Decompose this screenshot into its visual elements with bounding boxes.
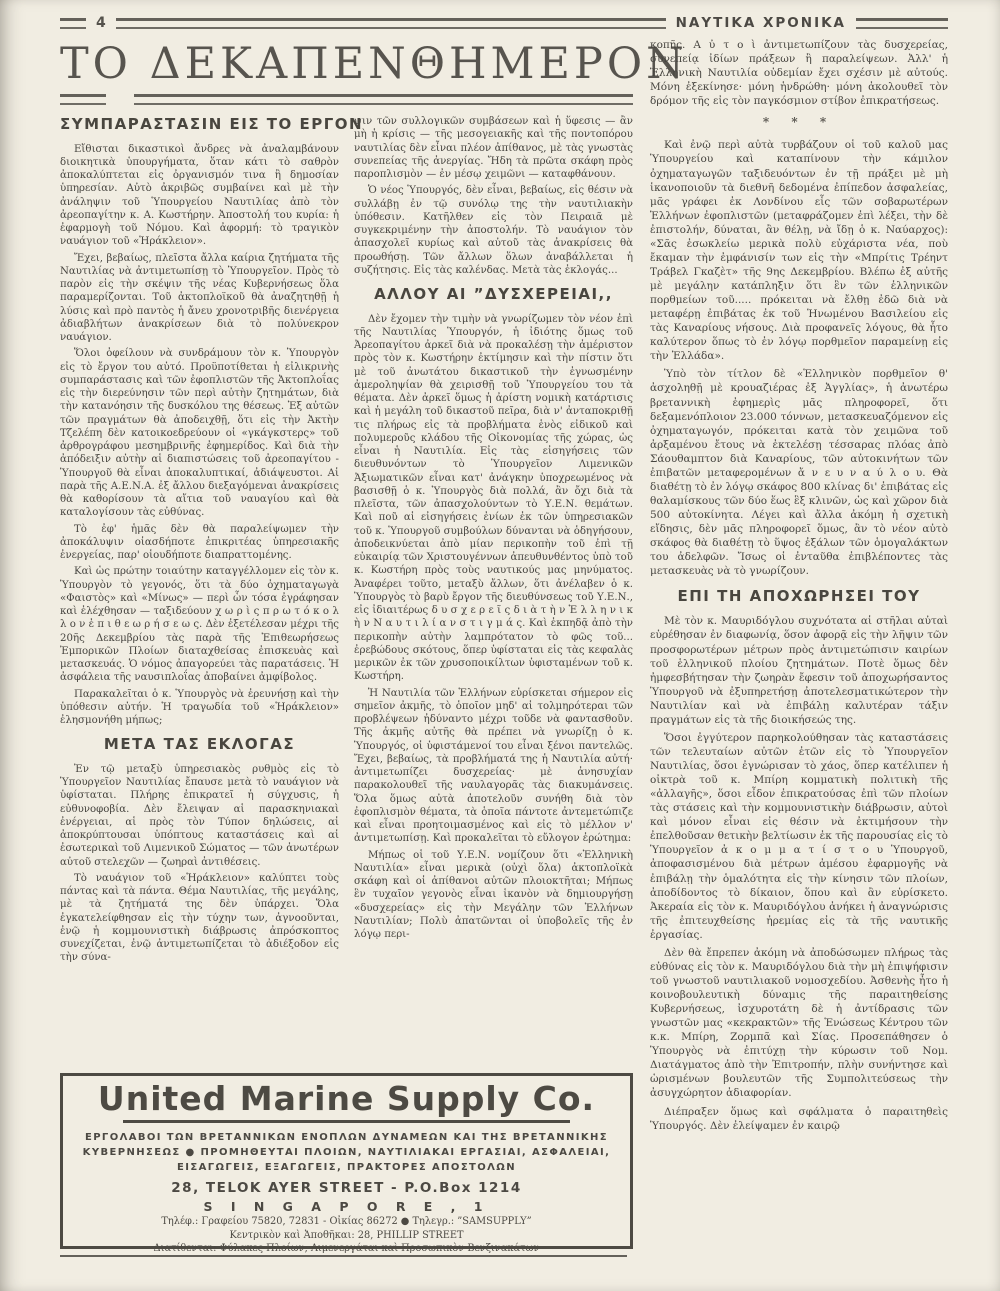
ad-central-warehouse: Κεντρικὸν καὶ Ἀποθῆκαι: 28, PHILLIP STRE… (71, 1230, 622, 1241)
ad-phones: Τηλέφ.: Γραφείου 75820, 72831 - Οἰκίας 8… (71, 1216, 622, 1227)
section-heading-epi-ti-apochorisei: ΕΠΙ ΤΗ ΑΠΟΧΩΡΗΣΕΙ ΤΟΥ (650, 586, 948, 606)
paragraph: Ὅσοι ἐγγύτερον παρηκολούθησαν τὰς καταστ… (650, 731, 948, 942)
headline-rules (60, 94, 633, 105)
masthead-title: ΝΑΥΤΙΚΑ ΧΡΟΝΙΚΑ (676, 15, 846, 31)
column-3: κοπῆς. Α ὐ τ ο ὶ ἀντιμετωπίζουν τὰς δυσχ… (650, 37, 948, 1256)
ad-services-line: ΕΡΓΟΛΑΒΟΙ ΤΩΝ ΒΡΕΤΑΝΝΙΚΩΝ ΕΝΟΠΛΩΝ ΔΥΝΑΜΕ… (71, 1130, 622, 1175)
paragraph: Μήπως οἱ τοῦ Υ.Ε.Ν. νομίζουν ὅτι «Ἑλληνι… (354, 849, 633, 942)
advertisement-box: United Marine Supply Co. ΕΡΓΟΛΑΒΟΙ ΤΩΝ Β… (60, 1073, 633, 1249)
paragraph: Ὑπὸ τὸν τίτλον δὲ «Ἑλληνικὸν πορθμεῖον θ… (650, 367, 948, 578)
paragraph: Εἴθισται δικαστικοὶ ἄνδρες νὰ ἀναλαμβάνο… (60, 143, 339, 249)
paragraph: Δὲν θὰ ἔπρεπεν ἀκόμη νὰ ἀποδώσωμεν πλήρω… (650, 946, 948, 1101)
paragraph: Διέπραξεν ὅμως καὶ σφάλματα ὁ παραιτηθεὶ… (650, 1105, 948, 1133)
left-main-area: ΤΟ ΔΕΚΑΠΕΝΘΗΜΕΡΟΝ ΣΥΜΠΑΡΑΣΤΑΣΙΝ ΕΙΣ ΤΟ Ε… (60, 37, 633, 1257)
ad-title-underline (123, 1120, 569, 1123)
header-rule-left (60, 18, 86, 29)
two-column-text: ΣΥΜΠΑΡΑΣΤΑΣΙΝ ΕΙΣ ΤΟ ΕΡΓΟΝ Εἴθισται δικα… (60, 115, 633, 1063)
newspaper-page: 4 ΝΑΥΤΙΚΑ ΧΡΟΝΙΚΑ ΤΟ ΔΕΚΑΠΕΝΘΗΜΕΡΟΝ ΣΥΜΠ… (0, 0, 1000, 1291)
headline-rule-short (60, 94, 106, 105)
headline-rule-long (134, 94, 633, 105)
bottom-rule (60, 1255, 627, 1257)
page-header: 4 ΝΑΥΤΙΚΑ ΧΡΟΝΙΚΑ (60, 14, 948, 32)
paragraph: Καὶ ὡς πρώτην τοιαύτην καταγγέλλομεν εἰς… (60, 565, 339, 684)
paragraph: ψιν τῶν συλλογικῶν συμβάσεων καὶ ἡ ὕφεσι… (354, 115, 633, 181)
paragraph: Ἔχει, βεβαίως, πλεῖστα ἄλλα καίρια ζητήμ… (60, 252, 339, 345)
section-heading-meta-tas-eklogas: ΜΕΤΑ ΤΑΣ ΕΚΛΟΓΑΣ (60, 735, 339, 755)
paragraph: Ἐν τῷ μεταξὺ ὑπηρεσιακὸς ρυθμὸς εἰς τὸ Ὑ… (60, 763, 339, 869)
section-heading-symparastasin: ΣΥΜΠΑΡΑΣΤΑΣΙΝ ΕΙΣ ΤΟ ΕΡΓΟΝ (60, 115, 339, 135)
ad-company-name: United Marine Supply Co. (71, 1082, 622, 1117)
asterisk-separator: * * * (650, 114, 948, 130)
column-2: ψιν τῶν συλλογικῶν συμβάσεων καὶ ἡ ὕφεσι… (354, 115, 633, 1063)
paragraph: Τὸ ἐφ' ἡμᾶς δὲν θὰ παραλείψωμεν τὴν ἀποκ… (60, 523, 339, 563)
page-content: ΤΟ ΔΕΚΑΠΕΝΘΗΜΕΡΟΝ ΣΥΜΠΑΡΑΣΤΑΣΙΝ ΕΙΣ ΤΟ Ε… (60, 37, 948, 1257)
header-rule-right (856, 18, 948, 29)
column-1: ΣΥΜΠΑΡΑΣΤΑΣΙΝ ΕΙΣ ΤΟ ΕΡΓΟΝ Εἴθισται δικα… (60, 115, 339, 1063)
page-number: 4 (96, 15, 106, 31)
paragraph: Παρακαλεῖται ὁ κ. Ὑπουργὸς νὰ ἐρευνήσῃ κ… (60, 688, 339, 728)
article-headline: ΤΟ ΔΕΚΑΠΕΝΘΗΜΕΡΟΝ (60, 39, 633, 89)
ad-staff-line: Διατίθενται: Φύλακες Πλοίων, Λιμενεργάτα… (71, 1243, 622, 1254)
paragraph: Ὁ νέος Ὑπουργός, δὲν εἶναι, βεβαίως, εἰς… (354, 184, 633, 277)
paragraph: Καὶ ἐνῷ περὶ αὐτὰ τυρβάζουν οἱ τοῦ καλοῦ… (650, 138, 948, 363)
ad-street-address: 28, TELOK AYER STREET - P.O.Box 1214 (71, 1180, 622, 1196)
paragraph: Τὸ ναυάγιον τοῦ «Ἡράκλειον» καλύπτει τοὺ… (60, 872, 339, 965)
paragraph: Ἡ Ναυτιλία τῶν Ἑλλήνων εὑρίσκεται σήμερο… (354, 687, 633, 846)
ad-city: S I N G A P O R E , 1 (71, 1199, 622, 1214)
paragraph: κοπῆς. Α ὐ τ ο ὶ ἀντιμετωπίζουν τὰς δυσχ… (650, 38, 948, 108)
paragraph: Δὲν ἔχομεν τὴν τιμὴν νὰ γνωρίζωμεν τὸν ν… (354, 313, 633, 684)
header-rule-middle (116, 18, 666, 29)
paragraph: Μὲ τὸν κ. Μαυριδόγλου συχνότατα αἱ στῆλα… (650, 614, 948, 727)
section-heading-allou-ai-dyschereiai: ΑΛΛΟΥ ΑΙ ”ΔΥΣΧΕΡΕΙΑΙ,, (354, 285, 633, 305)
paragraph: Ὅλοι ὀφείλουν νὰ συνδράμουν τὸν κ. Ὑπουρ… (60, 347, 339, 519)
